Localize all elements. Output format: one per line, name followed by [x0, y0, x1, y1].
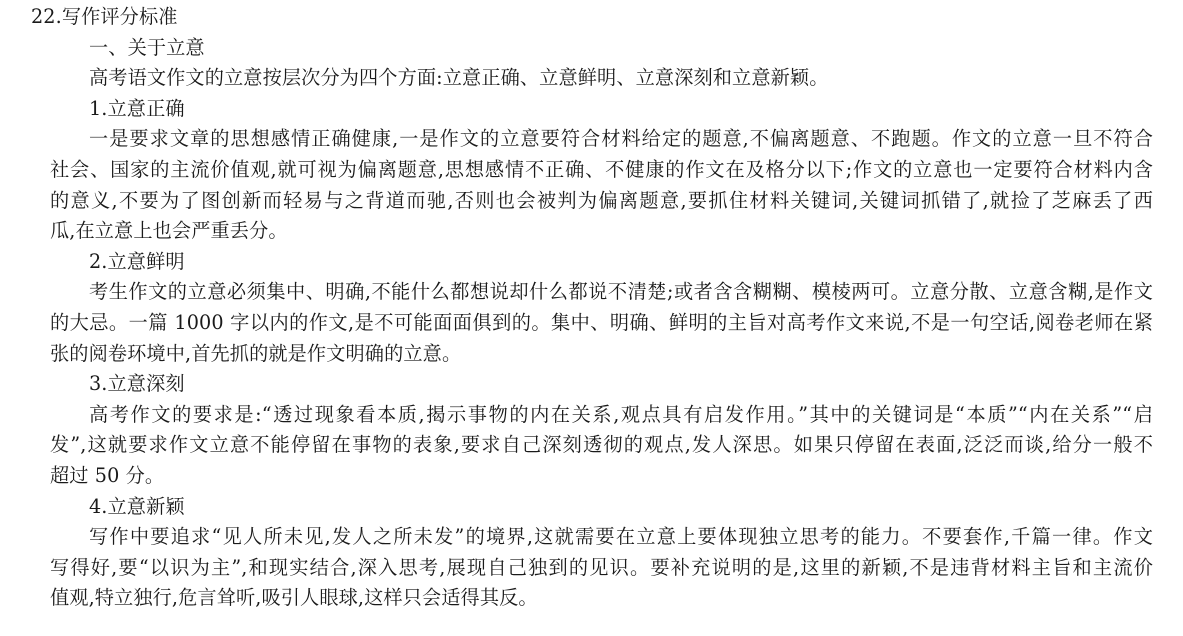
paragraph-text: 社会、国家的主流价值观,就可视为偏离题意,思想感情不正确、不健康的作文在及格分以…	[50, 155, 1153, 186]
paragraph-line-last: 值观,特立独行,危言耸听,吸引人眼球,这样只会适得其反。	[0, 583, 1183, 614]
paragraph-line-last: 瓜,在立意上也会严重丢分。	[0, 216, 1183, 247]
paragraph-text: 写得好,要“以识为主”,和现实结合,深入思考,展现自己独到的见识。要补充说明的是…	[50, 553, 1153, 584]
paragraph-text: 一是要求文章的思想感情正确健康,一是作文的立意要符合材料给定的题意,不偏离题意、…	[50, 124, 1153, 155]
paragraph-line: 高考作文的要求是:“透过现象看本质,揭示事物的内在关系,观点具有启发作用。”其中…	[0, 400, 1183, 431]
paragraph-line: 社会、国家的主流价值观,就可视为偏离题意,思想感情不正确、不健康的作文在及格分以…	[0, 155, 1183, 186]
paragraph-text: 写作中要追求“见人所未见,发人之所未发”的境界,这就需要在立意上要体现独立思考的…	[50, 522, 1153, 553]
paragraph-line: 发”,这就要求作文立意不能停留在事物的表象,要求自己深刻透彻的观点,发人深思。如…	[0, 430, 1183, 461]
paragraph-text: 高考作文的要求是:“透过现象看本质,揭示事物的内在关系,观点具有启发作用。”其中…	[50, 400, 1153, 431]
paragraph-line-last: 超过 50 分。	[0, 461, 1183, 492]
subsection-deep-theme: 3.立意深刻 高考作文的要求是:“透过现象看本质,揭示事物的内在关系,观点具有启…	[0, 369, 1183, 491]
intro-paragraph: 高考语文作文的立意按层次分为四个方面:立意正确、立意鲜明、立意深刻和立意新颖。	[0, 63, 1183, 94]
paragraph-line-last: 张的阅卷环境中,首先抓的就是作文明确的立意。	[0, 339, 1183, 370]
paragraph-line: 考生作文的立意必须集中、明确,不能什么都想说却什么都说不清楚;或者含含糊糊、模棱…	[0, 277, 1183, 308]
paragraph-line: 写得好,要“以识为主”,和现实结合,深入思考,展现自己独到的见识。要补充说明的是…	[0, 553, 1183, 584]
subsection-heading: 4.立意新颖	[0, 492, 1183, 523]
section-heading: 一、关于立意	[0, 33, 1183, 64]
paragraph-line: 的意义,不要为了图创新而轻易与之背道而驰,否则也会被判为偏离题意,要抓住材料关键…	[0, 186, 1183, 217]
subsection-novel-theme: 4.立意新颖 写作中要追求“见人所未见,发人之所未发”的境界,这就需要在立意上要…	[0, 492, 1183, 614]
paragraph-line: 一是要求文章的思想感情正确健康,一是作文的立意要符合材料给定的题意,不偏离题意、…	[0, 124, 1183, 155]
subsection-heading: 2.立意鲜明	[0, 247, 1183, 278]
question-title: 22.写作评分标准	[0, 2, 1183, 33]
document-page: 22.写作评分标准 一、关于立意 高考语文作文的立意按层次分为四个方面:立意正确…	[0, 2, 1183, 614]
subsection-correct-theme: 1.立意正确 一是要求文章的思想感情正确健康,一是作文的立意要符合材料给定的题意…	[0, 94, 1183, 247]
paragraph-text: 的意义,不要为了图创新而轻易与之背道而驰,否则也会被判为偏离题意,要抓住材料关键…	[50, 186, 1153, 217]
paragraph-text: 的大忌。一篇 1000 字以内的作文,是不可能面面俱到的。集中、明确、鲜明的主旨…	[50, 308, 1153, 339]
paragraph-text: 考生作文的立意必须集中、明确,不能什么都想说却什么都说不清楚;或者含含糊糊、模棱…	[50, 277, 1153, 308]
paragraph-line: 写作中要追求“见人所未见,发人之所未发”的境界,这就需要在立意上要体现独立思考的…	[0, 522, 1183, 553]
subsection-clear-theme: 2.立意鲜明 考生作文的立意必须集中、明确,不能什么都想说却什么都说不清楚;或者…	[0, 247, 1183, 369]
paragraph-line: 的大忌。一篇 1000 字以内的作文,是不可能面面俱到的。集中、明确、鲜明的主旨…	[0, 308, 1183, 339]
subsection-heading: 1.立意正确	[0, 94, 1183, 125]
paragraph-text: 发”,这就要求作文立意不能停留在事物的表象,要求自己深刻透彻的观点,发人深思。如…	[50, 430, 1153, 461]
subsection-heading: 3.立意深刻	[0, 369, 1183, 400]
